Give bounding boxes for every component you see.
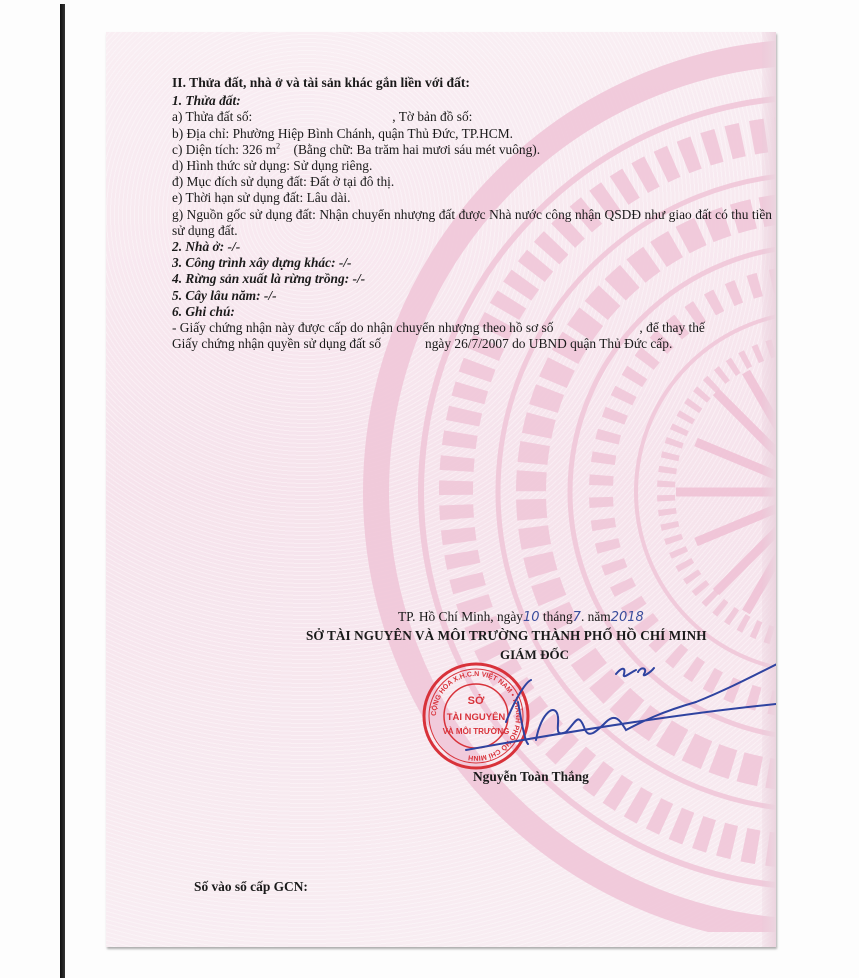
parcel-address: b) Địa chỉ: Phường Hiệp Bình Chánh, quận… xyxy=(172,126,772,142)
perennial-trees-item: 5. Cây lâu năm: -/- xyxy=(172,288,772,304)
usage-form: d) Hình thức sử dụng: Sử dụng riêng. xyxy=(172,158,772,174)
map-sheet-label: , Tờ bản đồ số: xyxy=(392,109,472,124)
other-construction-item: 3. Công trình xây dựng khác: -/- xyxy=(172,255,772,271)
parcel-number-label: a) Thửa đất số: xyxy=(172,109,252,124)
parcel-number-line: a) Thửa đất số:, Tờ bản đồ số: xyxy=(172,109,772,125)
notes-dossier-text: - Giấy chứng nhận này được cấp do nhận c… xyxy=(172,320,553,335)
handwritten-signature-icon xyxy=(446,642,776,772)
handwritten-day: 10 xyxy=(523,610,540,625)
area-value: c) Diện tích: 326 m xyxy=(172,142,276,157)
handwritten-month: 7 xyxy=(573,610,581,625)
scanner-edge-bar xyxy=(60,4,65,978)
usage-term: e) Thời hạn sử dụng đất: Lâu dài. xyxy=(172,190,772,206)
month-label: tháng xyxy=(543,609,573,624)
land-origin: g) Nguồn gốc sử dụng đất: Nhận chuyển nh… xyxy=(172,207,772,239)
notes-line-2: Giấy chứng nhận quyền sử dụng đất sốngày… xyxy=(172,336,772,352)
certificate-body: II. Thửa đất, nhà ở và tài sản khác gắn … xyxy=(172,75,772,352)
plantation-forest-item: 4. Rừng sản xuất là rừng trồng: -/- xyxy=(172,271,772,287)
house-item: 2. Nhà ở: -/- xyxy=(172,239,772,255)
area-in-words: (Bằng chữ: Ba trăm hai mươi sáu mét vuôn… xyxy=(280,142,540,157)
notes-line-1: - Giấy chứng nhận này được cấp do nhận c… xyxy=(172,320,772,336)
place-date-line: TP. Hồ Chí Minh, ngày10 tháng7. năm2018 xyxy=(398,609,644,625)
signer-name: Nguyễn Toàn Thắng xyxy=(473,769,589,785)
registry-number-label: Số vào sổ cấp GCN: xyxy=(194,879,308,895)
notes-old-certificate-text: Giấy chứng nhận quyền sử dụng đất số xyxy=(172,336,381,351)
parcel-area: c) Diện tích: 326 m2 (Bằng chữ: Ba trăm … xyxy=(172,142,772,158)
usage-purpose: đ) Mục đích sử dụng đất: Đất ở tại đô th… xyxy=(172,174,772,190)
place-date-prefix: TP. Hồ Chí Minh, ngày xyxy=(398,609,523,624)
year-label: năm xyxy=(588,609,611,624)
parcel-heading: 1. Thửa đất: xyxy=(172,93,772,109)
handwritten-year: 2018 xyxy=(611,610,644,625)
notes-replace-text: , để thay thế xyxy=(639,320,704,335)
section-title: II. Thửa đất, nhà ở và tài sản khác gắn … xyxy=(172,75,772,91)
notes-heading: 6. Ghi chú: xyxy=(172,304,772,320)
certificate-page: II. Thửa đất, nhà ở và tài sản khác gắn … xyxy=(106,32,776,947)
notes-issue-date-text: ngày 26/7/2007 do UBND quận Thủ Đức cấp. xyxy=(425,336,672,351)
